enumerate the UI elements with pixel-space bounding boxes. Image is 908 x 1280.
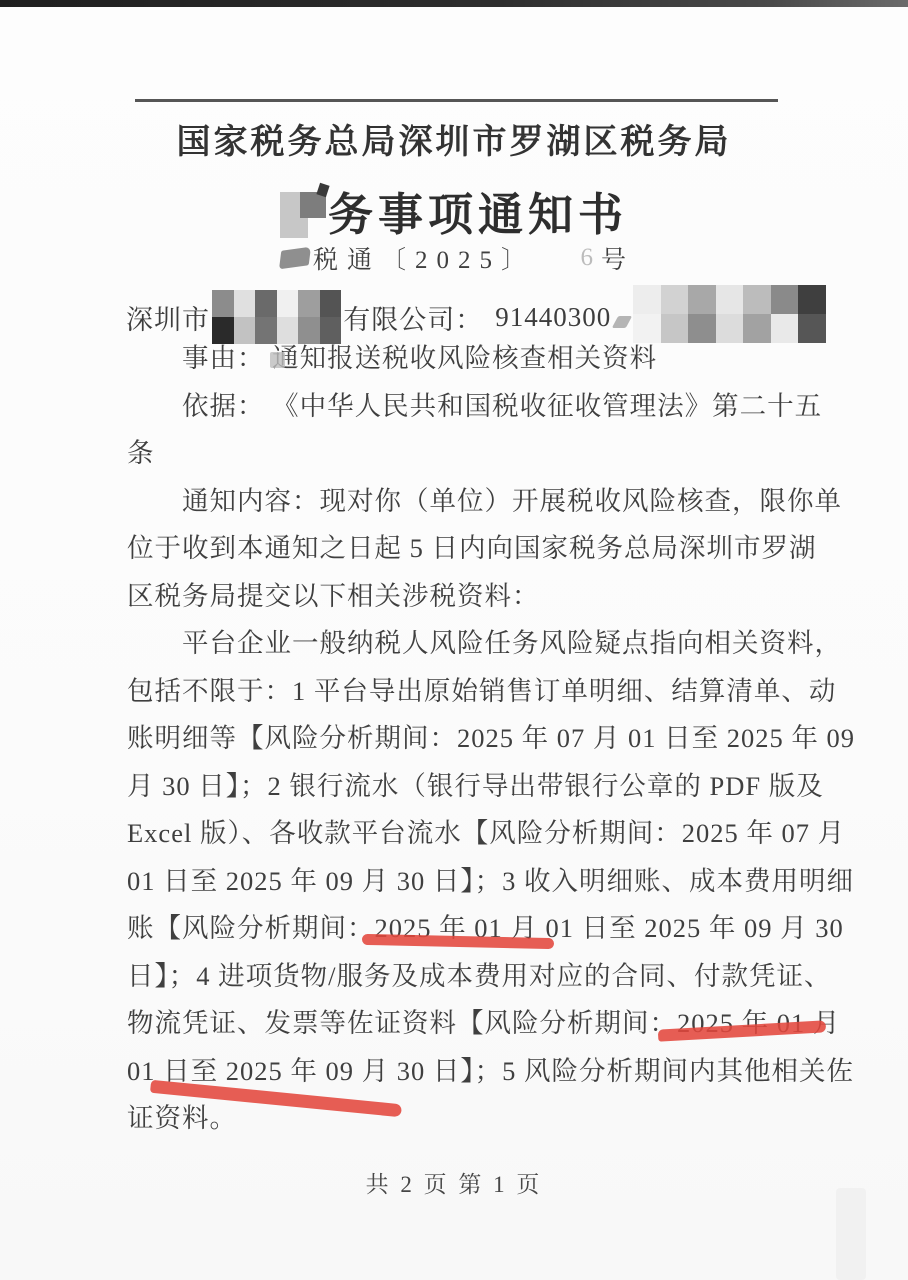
body-line-subject: 事由： 通知报送税收风险核查相关资料: [127, 335, 817, 383]
header-divider-line: [135, 99, 778, 102]
body-line: 条: [127, 430, 817, 478]
body-line-last: 证资料。: [127, 1095, 817, 1143]
subject-char-smudge: [270, 352, 285, 368]
body-line: 位于收到本通知之日起 5 日内向国家税务总局深圳市罗湖: [127, 525, 817, 573]
document-title-row: 务事项通知书: [0, 178, 908, 243]
body-line: 区税务局提交以下相关涉税资料：: [127, 573, 817, 621]
title-redaction-block: [280, 184, 326, 238]
issuing-authority-title: 国家税务总局深圳市罗湖区税务局: [0, 114, 908, 163]
document-number-suffix: 号: [601, 240, 628, 276]
body-line-notice-start: 通知内容：现对你（单位）开展税收风险核查，限你单: [127, 478, 817, 526]
body-line: Excel 版）、各收款平台流水【风险分析期间：2025 年 07 月: [127, 810, 817, 858]
scan-edge-shade: [836, 1188, 866, 1280]
recipient-company-suffix: 有限公司：: [343, 298, 483, 337]
body-line: 平台企业一般纳税人风险任务风险疑点指向相关资料，: [127, 620, 817, 668]
document-number-prefix: 税通〔2025〕: [313, 240, 535, 276]
document-number-partial-digit: 6: [535, 244, 593, 272]
body-line: 账明细等【风险分析期间：2025 年 07 月 01 日至 2025 年 09: [127, 715, 817, 763]
scan-edge-band: [0, 0, 908, 7]
document-title: 务事项通知书: [328, 178, 628, 243]
scanned-tax-notice-page: 国家税务总局深圳市罗湖区税务局 务事项通知书 税通〔2025〕 6 号 深圳市 …: [0, 0, 908, 1280]
notice-body: 事由： 通知报送税收风险核查相关资料 依据： 《中华人民共和国税收征收管理法》第…: [127, 335, 817, 1143]
body-line: 月 30 日】；2 银行流水（银行导出带银行公章的 PDF 版及: [127, 763, 817, 811]
document-number-row: 税通〔2025〕 6 号: [0, 240, 908, 276]
taxpayer-id-visible: 91440300: [495, 302, 611, 333]
body-line: 日】；4 进项货物/服务及成本费用对应的合同、付款凭证、: [127, 953, 817, 1001]
body-line: 物流凭证、发票等佐证资料【风险分析期间：2025 年 01 月: [127, 1000, 817, 1048]
recipient-city-prefix: 深圳市: [126, 298, 210, 337]
body-line: 01 日至 2025 年 09 月 30 日】；3 收入明细账、成本费用明细: [127, 858, 817, 906]
body-line: 包括不限于：1 平台导出原始销售订单明细、结算清单、动: [127, 668, 817, 716]
body-line-basis: 依据： 《中华人民共和国税收征收管理法》第二十五: [127, 383, 817, 431]
taxid-redaction-tail: [612, 316, 632, 328]
docnum-redaction-smudge: [279, 247, 311, 270]
page-number-footer: 共 2 页 第 1 页: [0, 1166, 908, 1199]
